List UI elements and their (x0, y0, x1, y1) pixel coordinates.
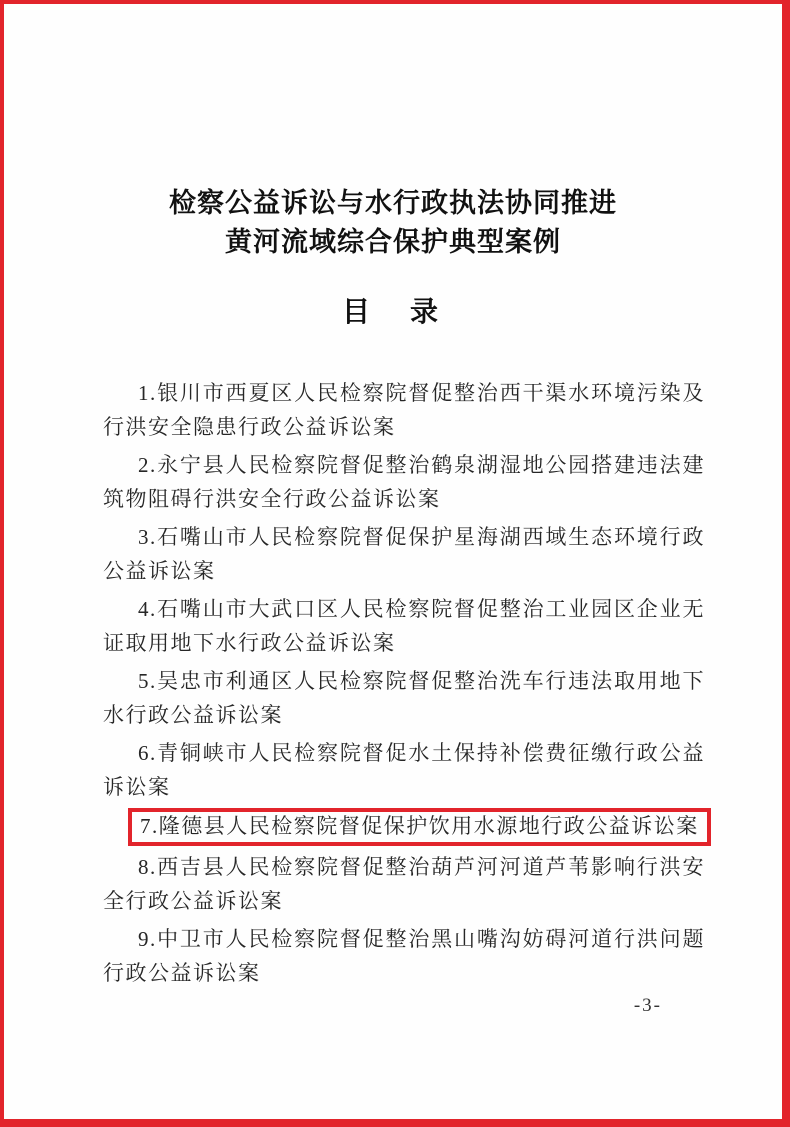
toc-item-5: 5.吴忠市利通区人民检察院督促整治洗车行违法取用地下水行政公益诉讼案 (103, 664, 705, 732)
document-title-line-1: 检察公益诉讼与水行政执法协同推进 (4, 184, 782, 223)
toc-list: 1.银川市西夏区人民检察院督促整治西干渠水环境污染及行洪安全隐患行政公益诉讼案 … (4, 376, 782, 990)
toc-item-9: 9.中卫市人民检察院督促整治黑山嘴沟妨碍河道行洪问题行政公益诉讼案 (103, 922, 705, 990)
toc-item-6: 6.青铜峡市人民检察院督促水土保持补偿费征缴行政公益诉讼案 (103, 736, 705, 804)
toc-item-2: 2.永宁县人民检察院督促整治鹤泉湖湿地公园搭建违法建筑物阻碍行洪安全行政公益诉讼… (103, 448, 705, 516)
document-page: 检察公益诉讼与水行政执法协同推进 黄河流域综合保护典型案例 目 录 1.银川市西… (0, 0, 790, 1127)
toc-item-3: 3.石嘴山市人民检察院督促保护星海湖西域生态环境行政公益诉讼案 (103, 520, 705, 588)
toc-item-7: 7.隆德县人民检察院督促保护饮用水源地行政公益诉讼案 (103, 808, 705, 846)
highlighted-toc-item: 7.隆德县人民检察院督促保护饮用水源地行政公益诉讼案 (128, 808, 711, 846)
toc-item-8: 8.西吉县人民检察院督促整治葫芦河河道芦苇影响行洪安全行政公益诉讼案 (103, 850, 705, 918)
toc-heading: 目 录 (4, 290, 782, 330)
document-title: 检察公益诉讼与水行政执法协同推进 黄河流域综合保护典型案例 (4, 4, 782, 262)
toc-item-4: 4.石嘴山市大武口区人民检察院督促整治工业园区企业无证取用地下水行政公益诉讼案 (103, 592, 705, 660)
page-number: -3- (634, 995, 662, 1017)
document-title-line-2: 黄河流域综合保护典型案例 (4, 223, 782, 262)
toc-item-1: 1.银川市西夏区人民检察院督促整治西干渠水环境污染及行洪安全隐患行政公益诉讼案 (103, 376, 705, 444)
